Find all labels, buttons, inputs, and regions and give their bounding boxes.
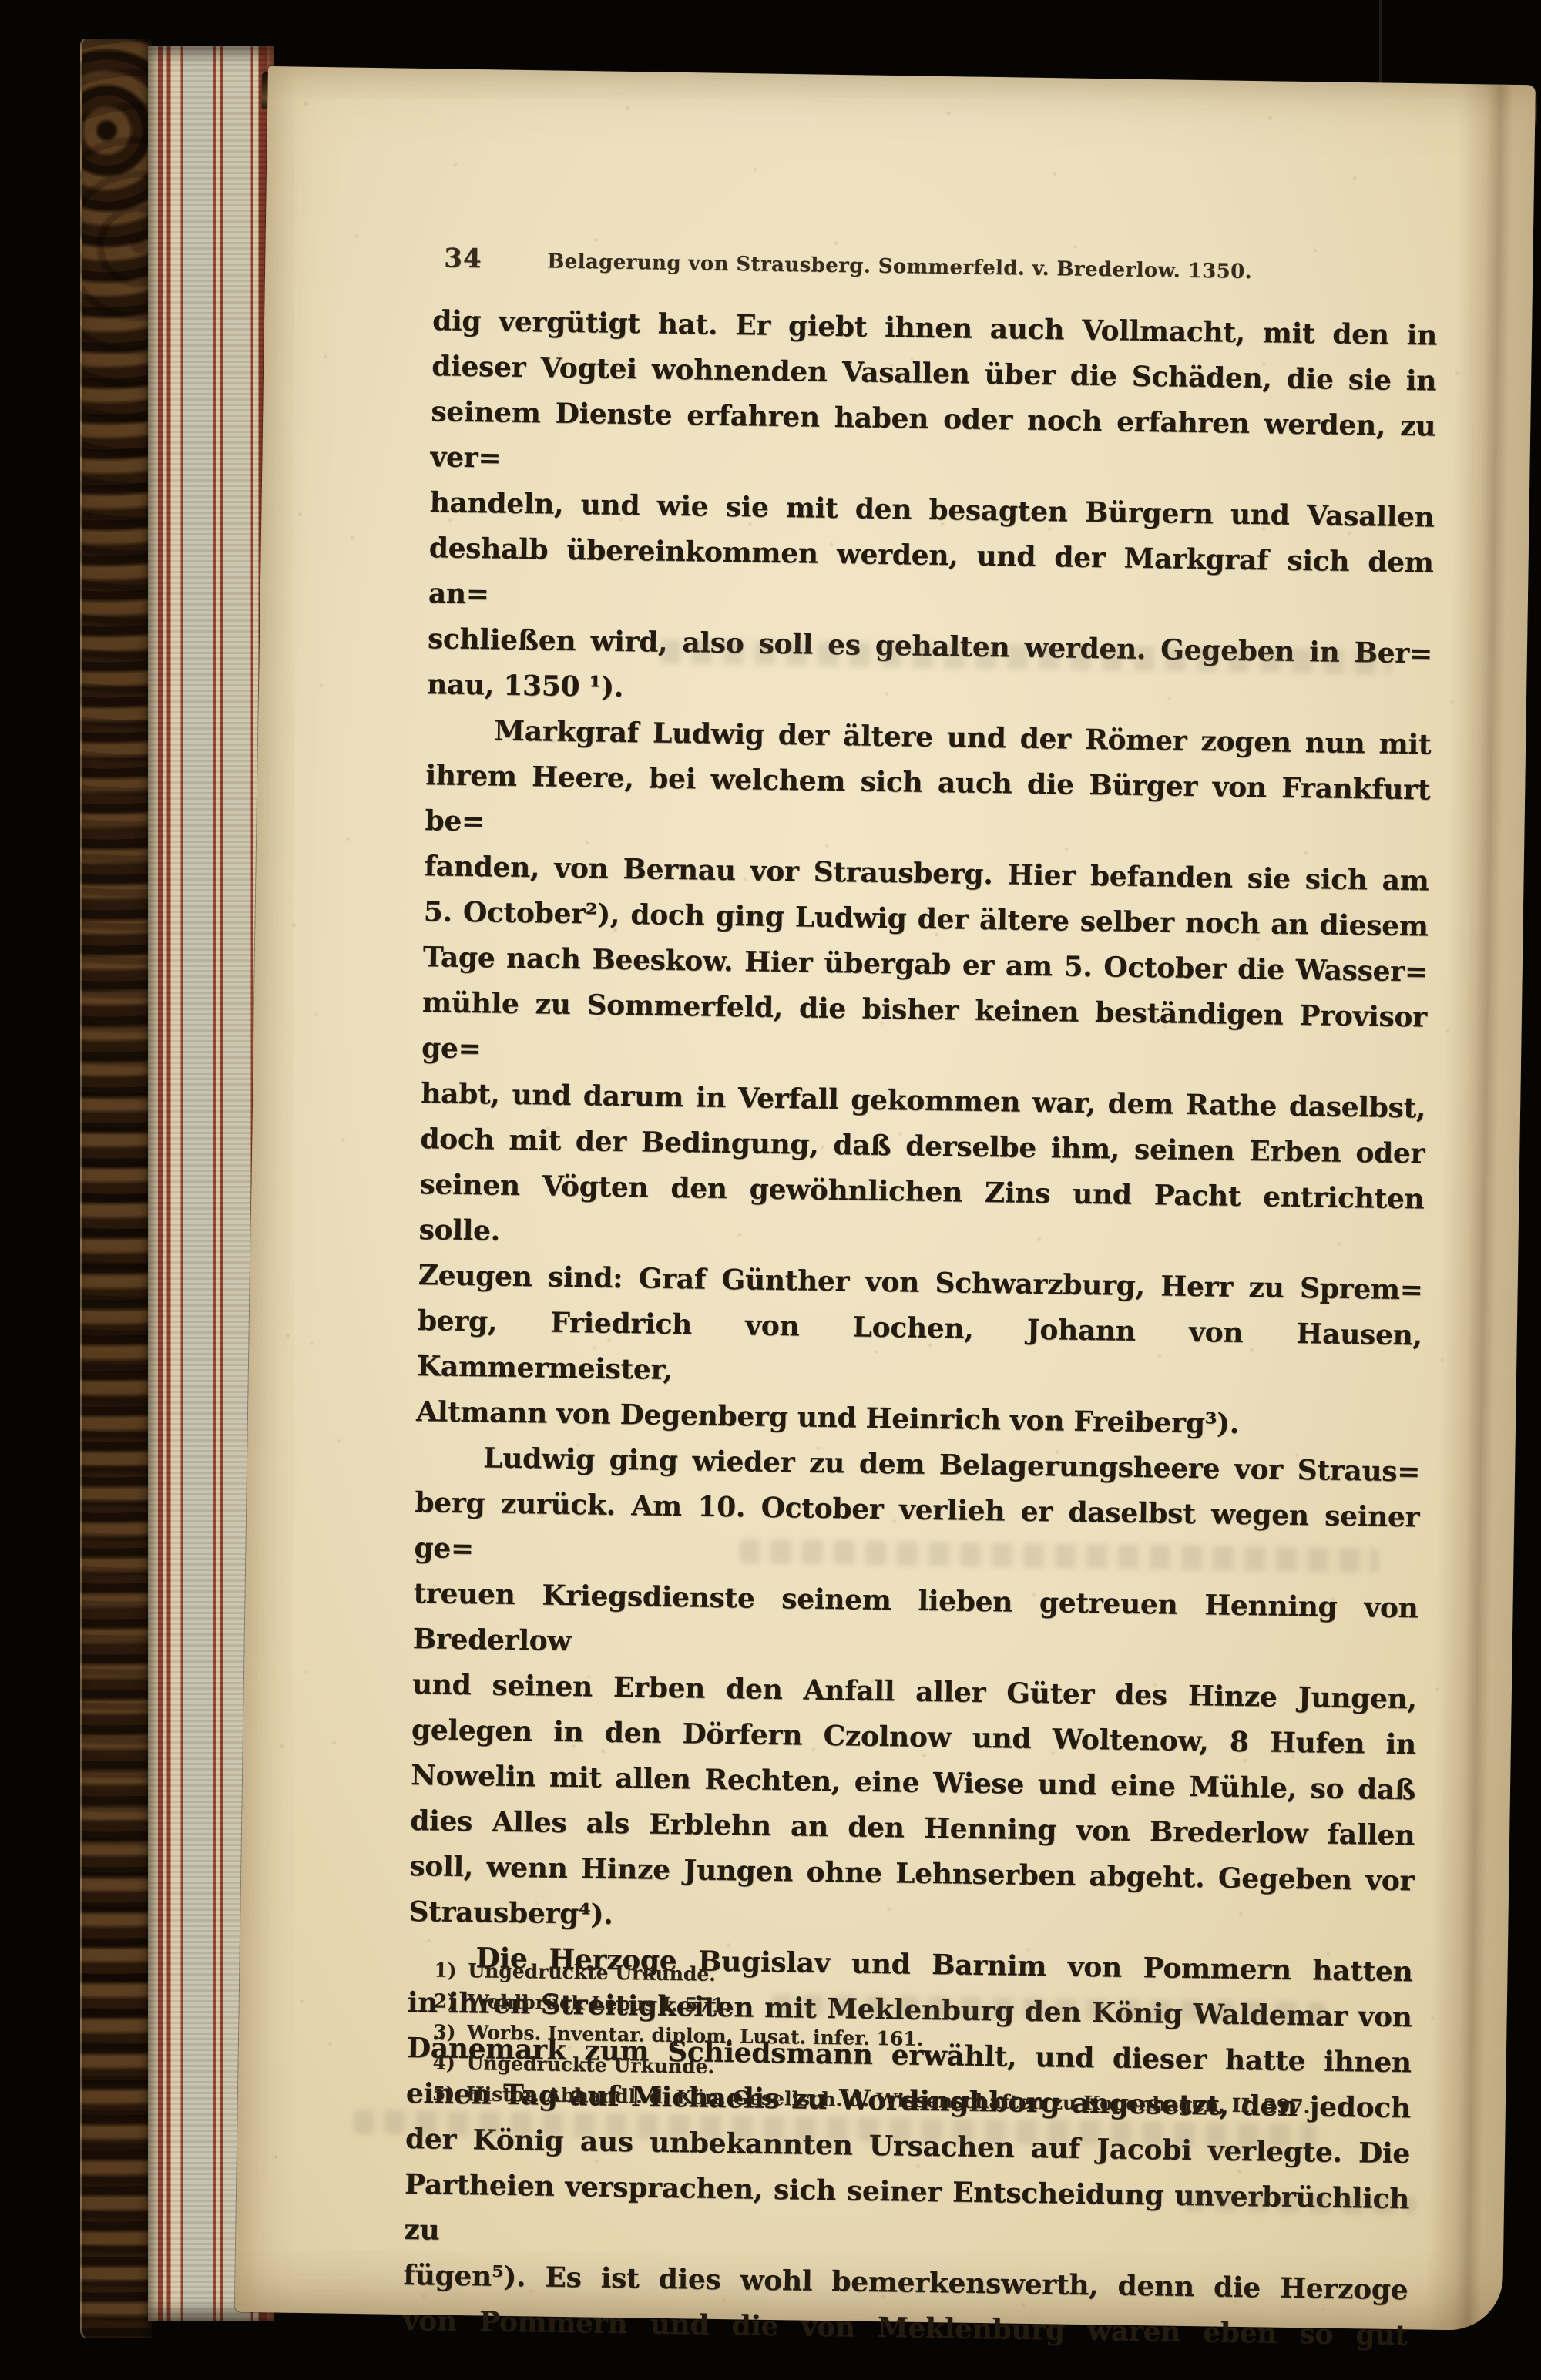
book-page: 34 Belagerung von Strausberg. Sommerfeld… [235,66,1536,2331]
page-header: 34 Belagerung von Strausberg. Sommerfeld… [266,240,1533,259]
running-header: Belagerung von Strausberg. Sommerfeld. v… [547,250,1252,284]
footnote-text: Ungedruckte Urkunde. [466,2052,714,2078]
page-curl-shadow [1425,84,1536,2331]
body-line: deshalb übereinkommen werden, und der Ma… [428,525,1434,631]
footnote-number: 5) [432,2078,467,2110]
body-line: ihrem Heere, bei welchem sich auch die B… [425,753,1431,858]
footnote-number: 3) [433,2016,468,2048]
book-scan: 34 Belagerung von Strausberg. Sommerfeld… [0,0,1541,2380]
footnote-number: 4) [432,2047,467,2079]
body-line: Partheien versprachen, sich seiner Entsc… [404,2162,1410,2268]
book-cover-edge [80,39,152,2338]
footnote-text: Worbs. Inventar. diplom. Lusat. infer. 1… [467,2021,924,2050]
footnote-text: Wohlbrück Lebus I. 571. [468,1990,732,2016]
body-line: berg, Friedrich von Lochen, Johann von H… [417,1298,1423,1404]
body-line: mühle zu Sommerfeld, die bisher keinen b… [421,980,1428,1086]
footnote-number: 2) [433,1986,468,2017]
body-line: seinen Vögten den gewöhnlichen Zins und … [418,1162,1425,1267]
body-line: berg zurück. Am 10. October verlieh er d… [414,1480,1420,1586]
footnote-text: Ungedruckte Urkunde. [468,1959,716,1986]
body-line: treuen Kriegsdienste seinem lieben getre… [412,1571,1418,1677]
body-line: seinem Dienste erfahren haben oder noch … [430,389,1436,495]
page-number: 34 [444,243,482,274]
footnotes: 1)Ungedruckte Urkunde.2)Wohlbrück Lebus … [432,1955,1432,2123]
footnote-number: 1) [434,1955,468,1986]
